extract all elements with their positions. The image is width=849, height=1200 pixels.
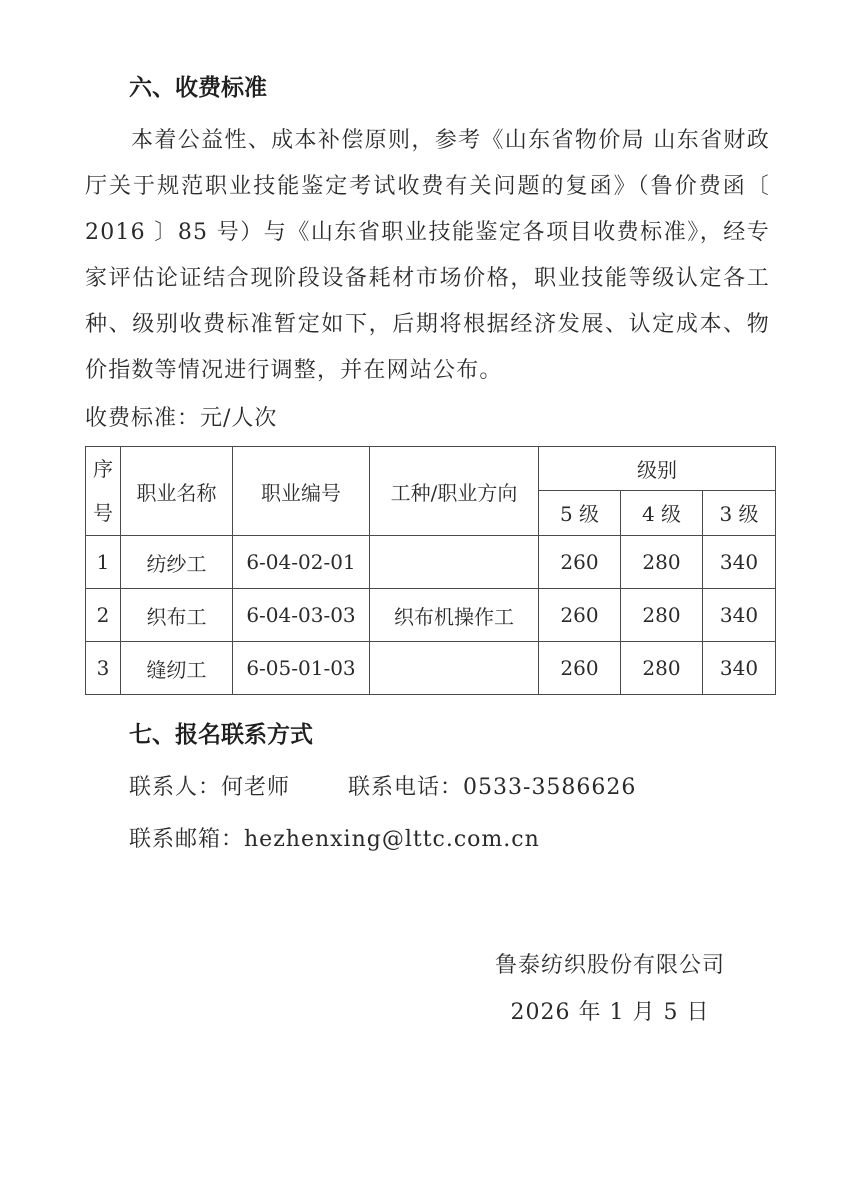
cell-level3-fee: 340 — [703, 642, 776, 695]
cell-direction — [370, 642, 539, 695]
col-header-code: 职业编号 — [233, 447, 370, 536]
contact-phone: 联系电话：0533-3586626 — [348, 775, 636, 800]
cell-level4-fee: 280 — [621, 536, 703, 589]
cell-level3-fee: 340 — [703, 536, 776, 589]
cell-level4-fee: 280 — [621, 589, 703, 642]
cell-direction: 织布机操作工 — [370, 589, 539, 642]
cell-level5-fee: 260 — [539, 589, 621, 642]
table-row: 3 缝纫工 6-05-01-03 260 280 340 — [86, 642, 776, 695]
col-header-level4: 4 级 — [621, 490, 703, 535]
cell-level4-fee: 280 — [621, 642, 703, 695]
col-header-direction: 工种/职业方向 — [370, 447, 539, 536]
col-header-level-group: 级别 — [539, 447, 776, 491]
contact-person: 联系人：何老师 — [129, 775, 290, 800]
cell-level5-fee: 260 — [539, 642, 621, 695]
signature-date: 2026 年 1 月 5 日 — [450, 998, 770, 1028]
col-header-level5: 5 级 — [539, 490, 621, 535]
contact-email: 联系邮箱：hezhenxing@lttc.com.cn — [129, 827, 540, 852]
fee-unit-note: 收费标准：元/人次 — [85, 400, 770, 438]
signature-company: 鲁泰纺织股份有限公司 — [450, 951, 770, 981]
table-row: 2 织布工 6-04-03-03 织布机操作工 260 280 340 — [86, 589, 776, 642]
cell-occupation: 纺纱工 — [121, 536, 233, 589]
table-row: 1 纺纱工 6-04-02-01 260 280 340 — [86, 536, 776, 589]
contact-email-line: 联系邮箱：hezhenxing@lttc.com.cn — [85, 825, 770, 855]
col-header-occupation: 职业名称 — [121, 447, 233, 536]
cell-level5-fee: 260 — [539, 536, 621, 589]
section-fee-heading: 六、收费标准 — [85, 72, 770, 104]
cell-seq: 1 — [86, 536, 121, 589]
cell-seq: 2 — [86, 589, 121, 642]
cell-code: 6-04-02-01 — [233, 536, 370, 589]
cell-seq: 3 — [86, 642, 121, 695]
fee-standard-table: 序号 职业名称 职业编号 工种/职业方向 级别 5 级 4 级 3 级 1 纺纱… — [85, 446, 776, 695]
cell-code: 6-04-03-03 — [233, 589, 370, 642]
signature-block: 鲁泰纺织股份有限公司 2026 年 1 月 5 日 — [450, 951, 770, 1028]
fee-policy-paragraph: 本着公益性、成本补偿原则，参考《山东省物价局 山东省财政厅关于规范职业技能鉴定考… — [85, 118, 770, 394]
table-header-row-1: 序号 职业名称 职业编号 工种/职业方向 级别 — [86, 447, 776, 491]
document-page: 六、收费标准 本着公益性、成本补偿原则，参考《山东省物价局 山东省财政厅关于规范… — [0, 0, 849, 1200]
cell-direction — [370, 536, 539, 589]
cell-occupation: 织布工 — [121, 589, 233, 642]
section-contact-heading: 七、报名联系方式 — [85, 719, 770, 751]
col-header-seq: 序号 — [86, 447, 121, 536]
col-header-level3: 3 级 — [703, 490, 776, 535]
cell-occupation: 缝纫工 — [121, 642, 233, 695]
cell-level3-fee: 340 — [703, 589, 776, 642]
cell-code: 6-05-01-03 — [233, 642, 370, 695]
contact-person-phone-line: 联系人：何老师 联系电话：0533-3586626 — [85, 773, 770, 803]
